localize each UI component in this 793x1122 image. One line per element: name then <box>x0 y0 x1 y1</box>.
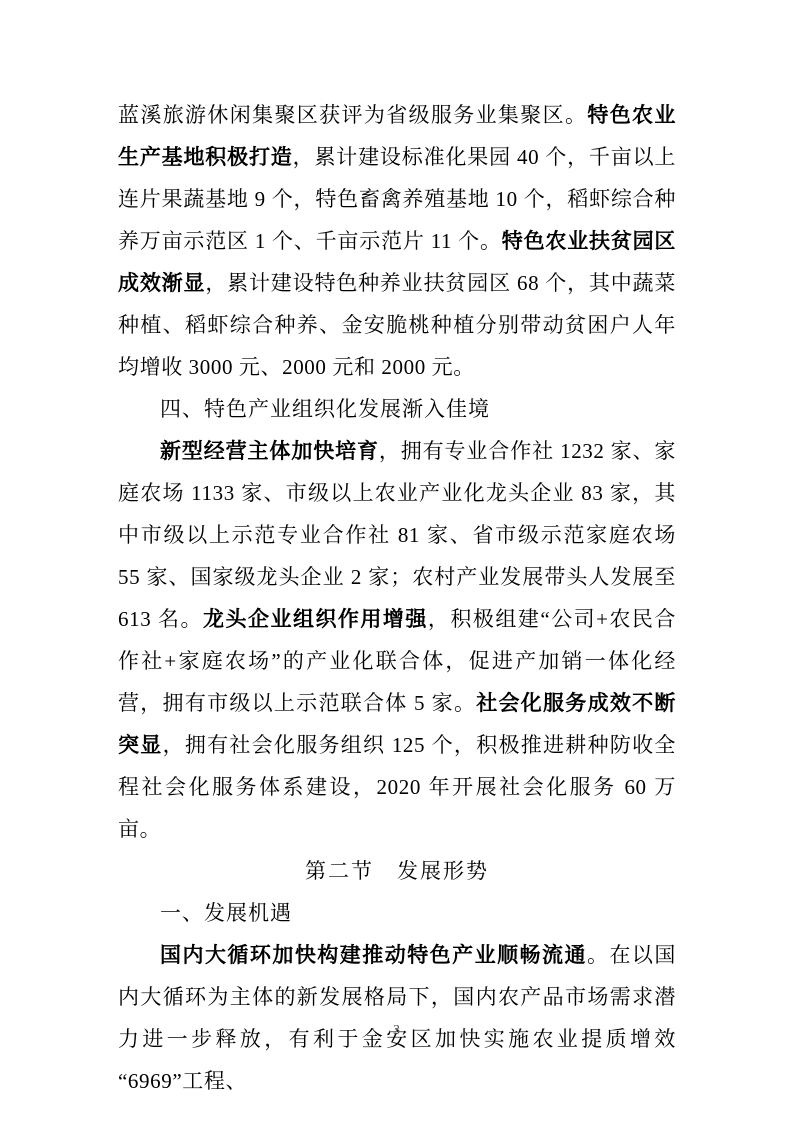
text-run: 蓝溪旅游休闲集聚区获评为省级服务业集聚区。 <box>118 103 587 127</box>
document-page: 蓝溪旅游休闲集聚区获评为省级服务业集聚区。特色农业生产基地积极打造，累计建设标准… <box>0 0 793 1122</box>
text-run: ，拥有社会化服务组织 125 个，积极推进耕种防收全程社会化服务体系建设，202… <box>118 733 676 841</box>
heading-section-four: 四、特色产业组织化发展渐入佳境 <box>118 388 676 430</box>
page-number: 3 <box>0 1022 793 1040</box>
text-run: ，拥有专业合作社 1232 家、家庭农场 1133 家、市级以上农业产业化龙头企… <box>118 439 676 631</box>
text-run-bold: 龙头企业组织作用增强 <box>203 607 428 631</box>
document-body: 蓝溪旅游休闲集聚区获评为省级服务业集聚区。特色农业生产基地积极打造，累计建设标准… <box>118 94 676 1102</box>
paragraph-domestic-circulation: 国内大循环加快构建推动特色产业顺畅流通。在以国内大循环为主体的新发展格局下，国内… <box>118 934 676 1102</box>
text-run-bold: 国内大循环加快构建推动特色产业顺畅流通 <box>160 943 587 967</box>
section-heading-development-situation: 第二节 发展形势 <box>118 850 676 892</box>
paragraph-agriculture-bases: 蓝溪旅游休闲集聚区获评为省级服务业集聚区。特色农业生产基地积极打造，累计建设标准… <box>118 94 676 388</box>
text-run-bold: 新型经营主体加快培育 <box>160 439 379 463</box>
paragraph-industry-organization: 新型经营主体加快培育，拥有专业合作社 1232 家、家庭农场 1133 家、市级… <box>118 430 676 850</box>
heading-development-opportunities: 一、发展机遇 <box>118 892 676 934</box>
